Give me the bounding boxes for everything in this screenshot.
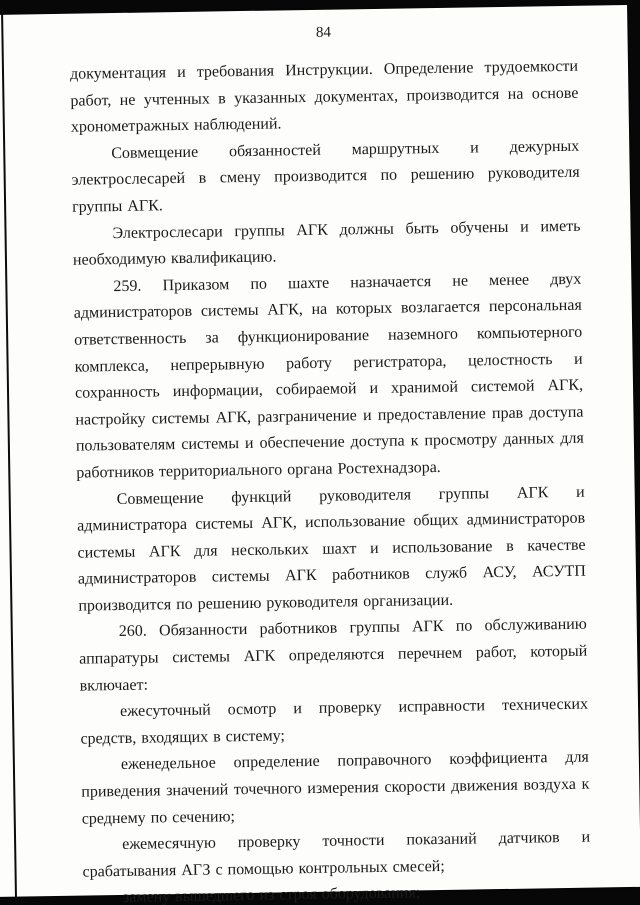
paragraph: еженедельное определение поправочного ко… bbox=[81, 745, 590, 833]
paragraph: документация и требования Инструкции. Оп… bbox=[70, 54, 579, 142]
paragraph: 260. Обязанности работников группы АГК п… bbox=[79, 612, 588, 700]
page-content: 84 документация и требования Инструкции.… bbox=[69, 20, 591, 905]
page-number: 84 bbox=[69, 20, 577, 46]
paragraph: Электрослесари группы АГК должны быть об… bbox=[72, 213, 581, 274]
paragraph: ежесуточный осмотр и проверку исправност… bbox=[80, 692, 589, 753]
paragraph: Совмещение обязанностей маршрутных и деж… bbox=[71, 134, 580, 222]
paragraph: Совмещение функций руководителя группы А… bbox=[77, 479, 587, 620]
page-edge-shadow bbox=[1, 9, 17, 903]
paragraph: 259. Приказом по шахте назначается не ме… bbox=[73, 266, 584, 487]
scanned-page: 84 документация и требования Инструкции.… bbox=[0, 5, 640, 897]
paragraph: ежемесячную проверку точности показаний … bbox=[82, 825, 591, 886]
